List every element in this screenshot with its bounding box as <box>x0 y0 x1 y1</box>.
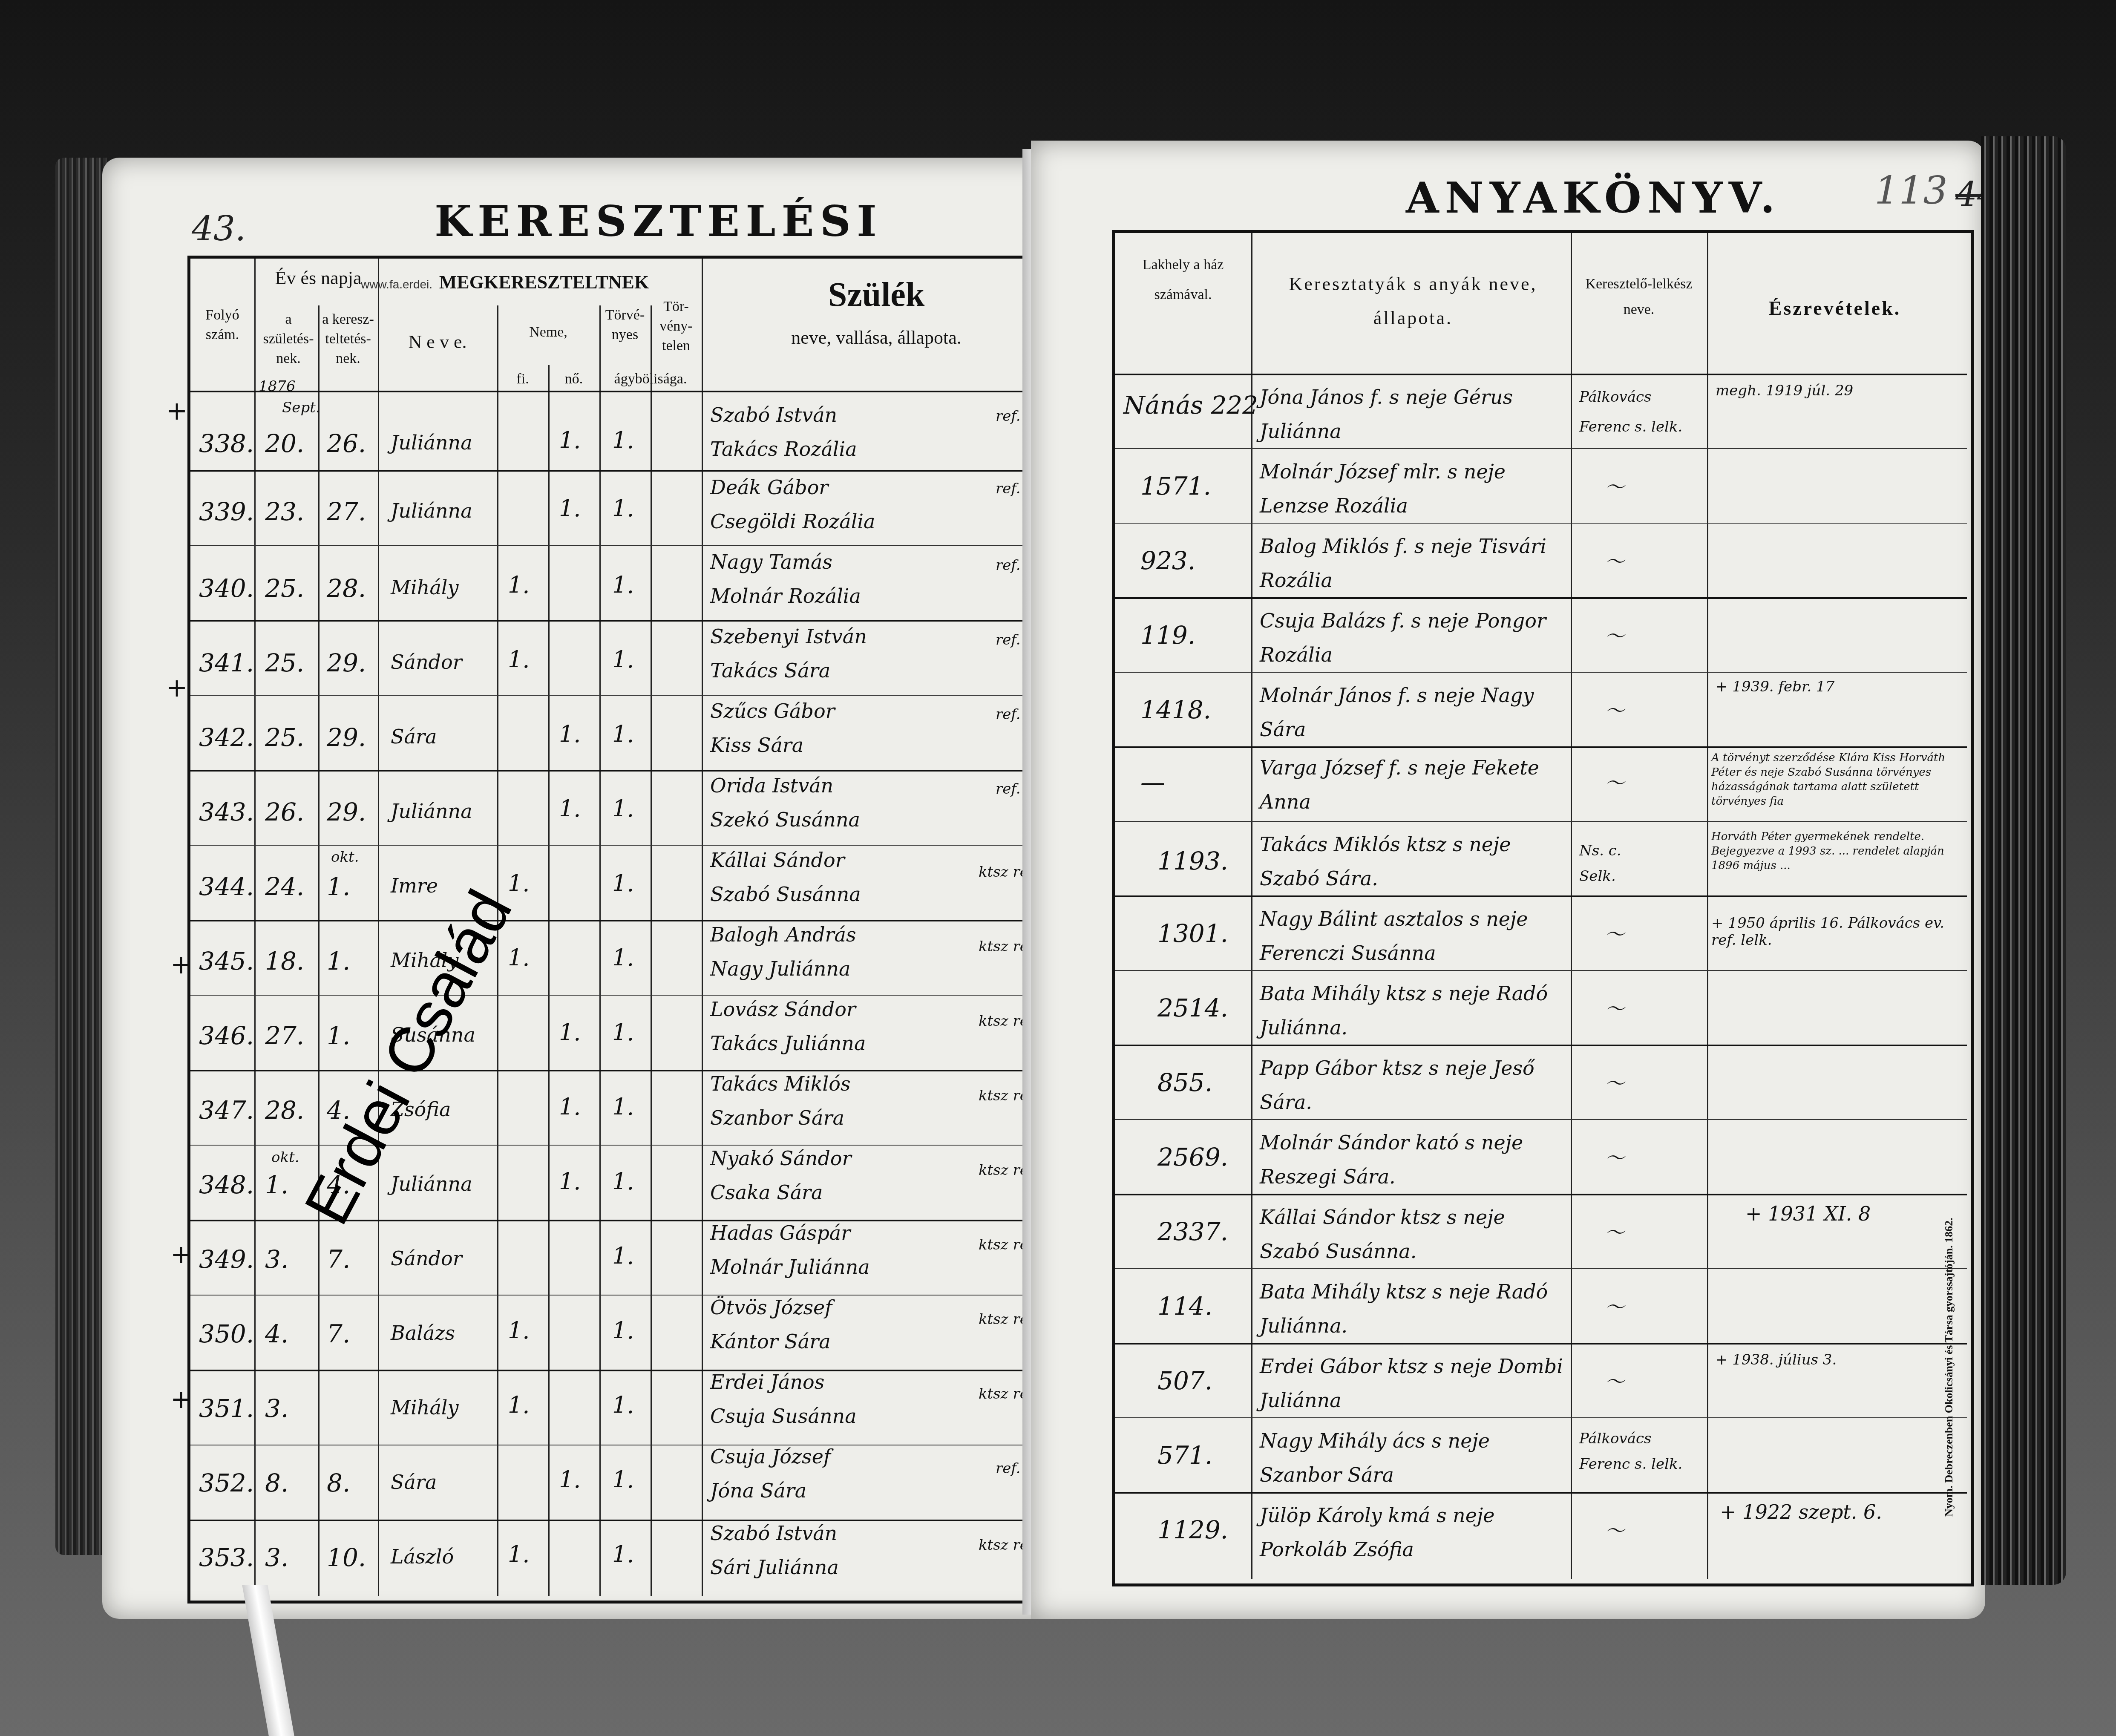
header-no: nő. <box>548 369 599 389</box>
row-rule <box>190 845 1047 846</box>
baptism-day: 27. <box>327 497 366 526</box>
godparents-names: Bata Mihály ktsz s neje Radó Juliánna. <box>1260 976 1566 1045</box>
header-neme: Neme, <box>497 322 599 342</box>
birth-day: 28. <box>265 1096 304 1125</box>
child-name: Mihály <box>391 1396 459 1419</box>
row-number: 338. <box>199 429 254 458</box>
child-name: Juliánna <box>391 1172 472 1195</box>
mother-name: Szanbor Sára <box>710 1106 844 1129</box>
father-name: Kállai Sándor <box>710 849 845 872</box>
pastor-ditto-mark: 〜 <box>1605 472 1624 500</box>
child-name: Mihály <box>391 576 459 599</box>
father-name: Szabó István <box>710 403 837 426</box>
row-rule <box>190 770 1047 772</box>
header-fi: fi. <box>497 369 548 389</box>
mother-name: Kiss Sára <box>710 734 803 757</box>
birth-day: 26. <box>265 797 304 826</box>
column-divider <box>1571 233 1572 1579</box>
religion-note: ref. <box>996 706 1021 723</box>
month-note-okt: okt. <box>331 849 359 866</box>
pastor-ditto-mark: 〜 <box>1605 1366 1624 1394</box>
father-name: Erdei János <box>710 1370 824 1393</box>
father-name: Csuja József <box>710 1445 831 1468</box>
house-number: 114. <box>1157 1292 1212 1321</box>
religion-note: ref. <box>996 408 1021 425</box>
header-rule <box>190 391 1047 392</box>
father-name: Lovász Sándor <box>710 998 856 1021</box>
header-torvenyes: Törvé-nyes <box>599 305 651 345</box>
legitimacy-mark: 1. <box>612 1094 634 1120</box>
father-name: Orida István <box>710 774 833 797</box>
godparents-names: Kállai Sándor ktsz s neje Szabó Susánna. <box>1260 1200 1566 1268</box>
pastor-name: Pálkovács Ferenc s. lelk. <box>1579 382 1703 442</box>
pastor-ditto-mark: 〜 <box>1605 1068 1624 1096</box>
row-rule <box>1115 821 1967 822</box>
death-cross-mark: + <box>166 673 187 703</box>
house-number: 507. <box>1157 1366 1212 1395</box>
header-eszrevetelek: Észrevételek. <box>1707 297 1963 320</box>
godparents-names: Erdei Gábor ktsz s neje Dombi Juliánna <box>1260 1349 1566 1417</box>
religion-note: ref. <box>996 557 1021 574</box>
godparents-names: Molnár Sándor kató s neje Reszegi Sára. <box>1260 1126 1566 1194</box>
house-number: 1193. <box>1157 846 1228 875</box>
row-number: 342. <box>199 723 254 752</box>
baptism-table-right: Lakhely a ház számával. Keresztatyák s a… <box>1112 230 1974 1586</box>
father-name: Szűcs Gábor <box>710 700 835 723</box>
birth-day: 8. <box>265 1468 288 1497</box>
birth-day: 18. <box>265 947 304 976</box>
godparents-names: Balog Miklós f. s neje Tisvári Rozália <box>1260 529 1566 597</box>
mother-name: Takács Sára <box>710 659 830 682</box>
death-cross-mark: + <box>170 950 192 980</box>
legitimacy-mark: 1. <box>612 795 634 822</box>
book-edge-left <box>55 158 107 1555</box>
pencil-folio-number: 113 <box>1874 168 1948 213</box>
sex-mark: 1. <box>559 1168 581 1195</box>
birth-day: 3. <box>265 1394 288 1423</box>
sex-mark: 1. <box>508 1392 530 1419</box>
left-page: 43. KERESZTELÉSI Folyó szám. Év és napja… <box>102 158 1057 1619</box>
row-rule <box>190 1070 1047 1071</box>
row-number: 339. <box>199 497 254 526</box>
sex-mark: 1. <box>559 1466 581 1493</box>
row-number: 351. <box>199 1394 254 1423</box>
pastor-ditto-mark: 〜 <box>1605 1143 1624 1171</box>
row-number: 341. <box>199 648 254 677</box>
baptism-day: 10. <box>327 1543 366 1572</box>
row-rule <box>1115 597 1967 599</box>
godparents-names: Bata Mihály ktsz s neje Radó Juliánna. <box>1260 1275 1566 1343</box>
baptism-day: 8. <box>327 1468 350 1497</box>
child-name: Sára <box>391 1471 437 1494</box>
mother-name: Csuja Susánna <box>710 1405 857 1428</box>
sex-mark: 1. <box>559 721 581 748</box>
register-book: 43. KERESZTELÉSI Folyó szám. Év és napja… <box>55 141 2066 1619</box>
column-divider <box>599 305 601 1596</box>
mother-name: Molnár Rozália <box>710 584 861 607</box>
legitimacy-mark: 1. <box>612 1168 634 1195</box>
row-number: 345. <box>199 947 254 976</box>
baptism-day: 29. <box>327 797 366 826</box>
row-rule <box>190 1445 1047 1445</box>
row-number: 343. <box>199 797 254 826</box>
birth-day: 27. <box>265 1021 304 1050</box>
father-name: Balogh András <box>710 923 856 946</box>
row-rule <box>190 1295 1047 1296</box>
row-rule <box>190 545 1047 546</box>
row-rule <box>1115 970 1967 971</box>
sex-mark: 1. <box>559 1094 581 1120</box>
row-rule <box>1115 1268 1967 1269</box>
father-name: Takács Miklós <box>710 1072 851 1095</box>
sex-mark: 1. <box>559 1019 581 1046</box>
child-name: Imre <box>391 874 438 897</box>
godparents-names: Jóna János f. s neje Gérus Juliánna <box>1260 380 1566 448</box>
pastor-ditto-mark: 〜 <box>1605 695 1624 723</box>
row-rule <box>1115 895 1967 897</box>
legitimacy-mark: 1. <box>612 1317 634 1344</box>
remark-legitimation-note: A törvényt szerződése Klára Kiss Horváth… <box>1711 751 1963 809</box>
baptism-table-left: Folyó szám. Év és napja www.fa.erdei. a … <box>187 256 1054 1604</box>
baptism-day: 29. <box>327 648 366 677</box>
father-name: Hadas Gáspár <box>710 1221 850 1244</box>
row-number: 347. <box>199 1096 254 1125</box>
death-cross-mark: + <box>170 1385 192 1414</box>
legitimacy-mark: 1. <box>612 495 634 522</box>
birth-day: 4. <box>265 1319 288 1348</box>
left-folio-number: 43. <box>192 209 246 248</box>
house-number: 1301. <box>1157 919 1228 948</box>
row-number: 353. <box>199 1543 254 1572</box>
scan-background: 43. KERESZTELÉSI Folyó szám. Év és napja… <box>0 0 2116 1736</box>
header-neve: N e v e. <box>378 331 497 353</box>
father-name: Nyakó Sándor <box>710 1147 852 1170</box>
pastor-name: Ns. c. Selk. <box>1579 838 1630 889</box>
child-name: László <box>391 1545 454 1568</box>
column-divider <box>1707 233 1708 1579</box>
year-note: 1876 <box>259 378 296 395</box>
row-rule <box>1115 746 1967 748</box>
row-rule <box>190 1220 1047 1221</box>
header-rule <box>1115 374 1967 375</box>
sex-mark: 1. <box>559 495 581 522</box>
father-name: Ötvös József <box>710 1296 832 1319</box>
child-name: Juliánna <box>391 499 472 522</box>
row-rule <box>190 1370 1047 1371</box>
child-name: Juliánna <box>391 431 472 454</box>
child-name: Balázs <box>391 1321 455 1344</box>
baptism-day: 26. <box>327 429 366 458</box>
baptism-day: 1. <box>327 1021 350 1050</box>
remark-text: megh. 1919 júl. 29 <box>1716 382 1853 399</box>
month-note-sept: Sept. <box>282 399 320 416</box>
religion-note: ref. <box>996 631 1021 648</box>
mother-name: Molnár Juliánna <box>710 1255 870 1278</box>
header-keresztszulok: Keresztatyák s anyák neve, állapota. <box>1255 267 1571 335</box>
column-divider <box>548 365 550 1596</box>
sex-mark: 1. <box>559 427 581 454</box>
pastor-ditto-mark: 〜 <box>1605 621 1624 649</box>
remark-text: + 1950 április 16. Pálkovács ev. ref. le… <box>1711 915 1963 949</box>
pastor-ditto-mark: 〜 <box>1605 546 1624 574</box>
header-torvenytelen: Tör-vény-telen <box>651 297 702 356</box>
house-number: Nánás 222 <box>1123 391 1258 420</box>
header-szulek-sub: neve, vallása, állapota. <box>710 327 1042 348</box>
legitimacy-mark: 1. <box>612 1541 634 1568</box>
row-rule <box>190 1520 1047 1521</box>
mother-name: Jóna Sára <box>710 1479 806 1502</box>
birth-day: 23. <box>265 497 304 526</box>
header-folyo-szam: Folyó szám. <box>190 305 254 345</box>
row-rule <box>190 920 1047 921</box>
godparents-names: Varga József f. s neje Fekete Anna <box>1260 751 1566 819</box>
row-number: 346. <box>199 1021 254 1050</box>
row-rule <box>1115 1343 1967 1344</box>
godparents-names: Papp Gábor ktsz s neje Jeső Sára. <box>1260 1051 1566 1119</box>
godparents-names: Nagy Mihály ács s neje Szanbor Sára <box>1260 1424 1566 1492</box>
house-number: 855. <box>1157 1068 1212 1097</box>
header-lakhely: Lakhely a ház számával. <box>1115 250 1251 310</box>
baptism-day: 1. <box>327 872 350 901</box>
remark-text: + 1922 szept. 6. <box>1720 1500 1882 1523</box>
pastor-ditto-mark: 〜 <box>1605 768 1624 796</box>
house-number: 1571. <box>1140 472 1211 501</box>
row-rule <box>190 620 1047 622</box>
pastor-ditto-mark: 〜 <box>1605 919 1624 947</box>
row-number: 350. <box>199 1319 254 1348</box>
birth-day: 25. <box>265 574 304 603</box>
left-page-title: KERESZTELÉSI <box>435 196 883 246</box>
row-rule <box>1115 1492 1967 1494</box>
birth-day: 3. <box>265 1543 288 1572</box>
row-number: 348. <box>199 1170 254 1199</box>
pastor-name: Pálkovács Ferenc s. lelk. <box>1579 1426 1703 1477</box>
child-name: Juliánna <box>391 800 472 823</box>
godparents-names: Nagy Bálint asztalos s neje Ferenczi Sus… <box>1260 902 1566 970</box>
father-name: Szabó István <box>710 1522 837 1545</box>
religion-note: ref. <box>996 780 1021 797</box>
mother-name: Takács Juliánna <box>710 1032 866 1055</box>
row-rule <box>1115 1045 1967 1046</box>
sex-mark: 1. <box>508 1317 530 1344</box>
remark-text: + 1939. febr. 17 <box>1716 678 1834 695</box>
printer-imprint: Nyom. Debreczenben Okolicsányi és Társa … <box>1943 1218 1955 1517</box>
header-ev-es-napja: Év és napja <box>259 267 378 289</box>
house-number: — <box>1140 768 1165 797</box>
row-rule <box>190 470 1047 472</box>
mother-name: Takács Rozália <box>710 438 857 461</box>
mother-name: Csegöldi Rozália <box>710 510 875 533</box>
death-cross-mark: + <box>170 1240 192 1270</box>
child-name: Sándor <box>391 651 462 674</box>
house-number: 119. <box>1140 621 1195 650</box>
row-rule <box>1115 448 1967 449</box>
sex-mark: 1. <box>508 1541 530 1568</box>
right-page-title: ANYAKÖNYV. <box>1406 173 1781 223</box>
mother-name: Szekó Susánna <box>710 808 860 831</box>
legitimacy-mark: 1. <box>612 1243 634 1270</box>
row-rule <box>1115 523 1967 524</box>
child-name: Sára <box>391 725 437 748</box>
legitimacy-mark: 1. <box>612 870 634 897</box>
house-number: 2569. <box>1157 1143 1228 1172</box>
row-number: 344. <box>199 872 254 901</box>
birth-day: 25. <box>265 723 304 752</box>
header-kereszteltetesnek: a keresz-teltetés-nek. <box>318 310 378 369</box>
baptism-day: 7. <box>327 1319 350 1348</box>
religion-note: ref. <box>996 1460 1021 1477</box>
remark-text: + 1931 XI. 8 <box>1745 1202 1871 1225</box>
sex-mark: 1. <box>508 870 530 897</box>
mother-name: Kántor Sára <box>710 1330 831 1353</box>
column-divider <box>254 259 256 1596</box>
legitimacy-mark: 1. <box>612 944 634 971</box>
mother-name: Szabó Susánna <box>710 883 861 906</box>
header-szuletesnek: a születés-nek. <box>259 310 318 369</box>
sex-mark: 1. <box>508 646 530 673</box>
baptism-day: 7. <box>327 1245 350 1274</box>
godparents-names: Jülöp Károly kmá s neje Porkoláb Zsófia <box>1260 1498 1566 1566</box>
baptism-day: 1. <box>327 947 350 976</box>
godparents-names: Takács Miklós ktsz s neje Szabó Sára. <box>1260 827 1566 895</box>
pastor-ditto-mark: 〜 <box>1605 1292 1624 1320</box>
legitimacy-mark: 1. <box>612 1466 634 1493</box>
mother-name: Sári Juliánna <box>710 1556 839 1579</box>
sex-mark: 1. <box>508 944 530 971</box>
house-number: 1418. <box>1140 695 1211 724</box>
baptism-day: 29. <box>327 723 366 752</box>
house-number: 923. <box>1140 546 1195 575</box>
header-kereszteló: Keresztelő-lelkész neve. <box>1571 271 1707 322</box>
row-rule <box>1115 1417 1967 1418</box>
mother-name: Nagy Juliánna <box>710 957 850 980</box>
house-number: 2337. <box>1157 1217 1228 1246</box>
column-divider <box>1251 233 1252 1579</box>
column-divider <box>702 259 703 1596</box>
right-page: ANYAKÖNYV. 113 44 Lakhely a ház számával… <box>1031 141 1985 1619</box>
header-szulek: Szülék <box>710 276 1042 314</box>
sex-mark: 1. <box>508 572 530 599</box>
row-rule <box>1115 1194 1967 1195</box>
remark-text: + 1938. július 3. <box>1716 1351 1837 1368</box>
pastor-ditto-mark: 〜 <box>1605 993 1624 1022</box>
house-number: 2514. <box>1157 993 1228 1022</box>
column-divider <box>378 259 379 1596</box>
legitimacy-mark: 1. <box>612 427 634 454</box>
legitimacy-mark: 1. <box>612 1392 634 1419</box>
birth-day: 20. <box>265 429 304 458</box>
book-edge-right <box>1981 136 2066 1585</box>
month-note-okt: okt. <box>271 1149 299 1166</box>
father-name: Nagy Tamás <box>710 550 832 573</box>
house-number: 1129. <box>1157 1515 1228 1544</box>
row-rule <box>190 995 1047 996</box>
godparents-names: Molnár János f. s neje Nagy Sára <box>1260 678 1566 746</box>
religion-note: ref. <box>996 480 1021 497</box>
row-rule <box>190 695 1047 696</box>
row-number: 349. <box>199 1245 254 1274</box>
baptism-day: 28. <box>327 574 366 603</box>
pastor-ditto-mark: 〜 <box>1605 1515 1624 1543</box>
legitimacy-mark: 1. <box>612 721 634 748</box>
row-number: 340. <box>199 574 254 603</box>
row-number: 352. <box>199 1468 254 1497</box>
mother-name: Csaka Sára <box>710 1181 823 1204</box>
legitimacy-mark: 1. <box>612 572 634 599</box>
father-name: Deák Gábor <box>710 476 828 499</box>
row-rule <box>1115 1119 1967 1120</box>
house-number: 571. <box>1157 1441 1212 1470</box>
column-divider <box>651 305 652 1596</box>
child-name: Sándor <box>391 1247 462 1270</box>
legitimacy-mark: 1. <box>612 646 634 673</box>
godparents-names: Molnár József mlr. s neje Lenzse Rozália <box>1260 455 1566 523</box>
birth-day: 3. <box>265 1245 288 1274</box>
birth-day: 24. <box>265 872 304 901</box>
column-divider <box>318 305 320 1596</box>
death-cross-mark: + <box>166 396 187 426</box>
remark-registration-note: Horváth Péter gyermekének rendelte. Beje… <box>1711 829 1963 873</box>
header-megkereszteltnek: MEGKERESZTELTNEK <box>395 271 693 293</box>
legitimacy-mark: 1. <box>612 1019 634 1046</box>
row-rule <box>1115 672 1967 673</box>
birth-day: 1. <box>265 1170 288 1199</box>
birth-day: 25. <box>265 648 304 677</box>
pastor-ditto-mark: 〜 <box>1605 1217 1624 1245</box>
godparents-names: Csuja Balázs f. s neje Pongor Rozália <box>1260 604 1566 672</box>
sex-mark: 1. <box>559 795 581 822</box>
father-name: Szebenyi István <box>710 625 867 648</box>
